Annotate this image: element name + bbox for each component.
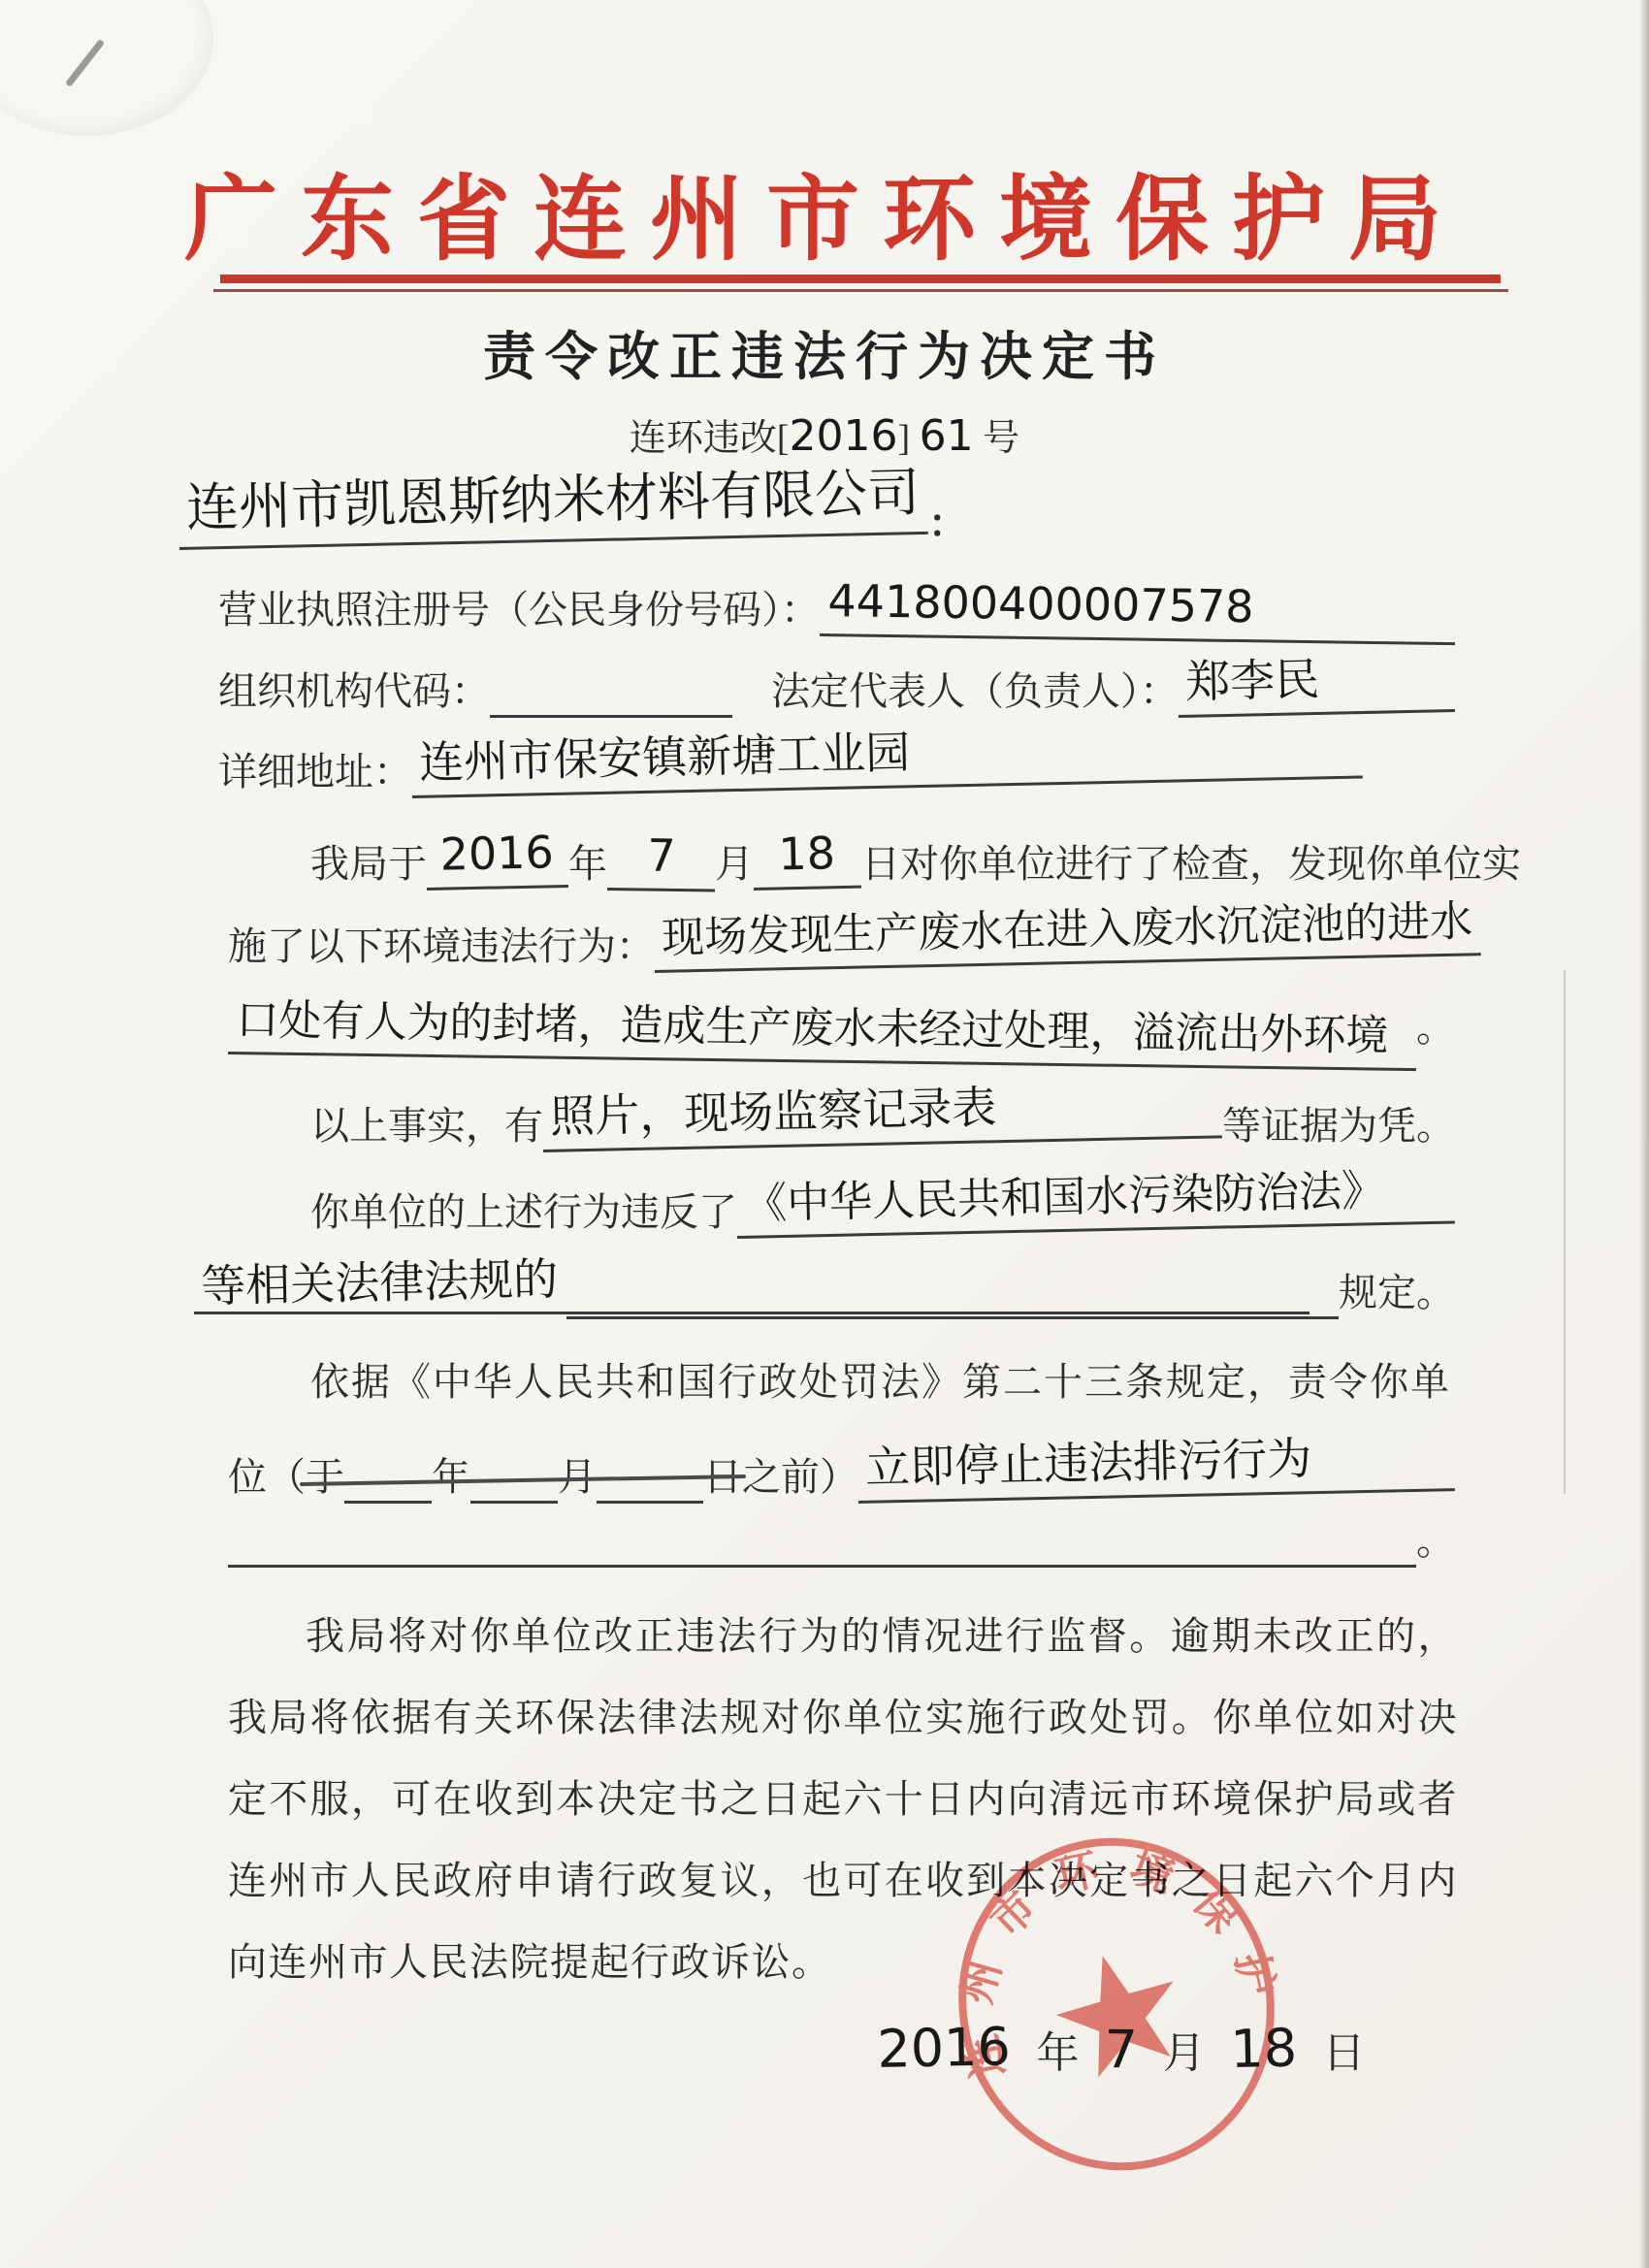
date-month-unit: 月: [1163, 2018, 1206, 2080]
evidence-seg2: 等证据为凭。: [1222, 1100, 1455, 1152]
doc-number-year-handwritten: 2016: [790, 411, 898, 461]
inspection-year-unit: 年: [568, 838, 607, 891]
letterhead-rule-thick: [220, 275, 1501, 283]
violation-line-1: 你单位的上述行为违反了 《中华人民共和国水污染防治法》: [310, 1176, 1455, 1239]
inspection-month-handwritten: 7: [607, 825, 716, 892]
inspection-line-2: 施了以下环境违法行为： 现场发现生产废水在进入废水沉淀池的进水: [228, 910, 1455, 973]
doc-number-serial-handwritten: 61: [920, 411, 974, 461]
agency-letterhead: 广东省连州市环境保护局: [0, 146, 1649, 278]
address-label: 详细地址：: [218, 746, 412, 798]
date-day-handwritten: 18: [1229, 2018, 1297, 2080]
violation-cont-handwritten: 等相关法律法规的: [193, 1248, 566, 1319]
violation-line-2: 等相关法律法规的 规定。: [194, 1256, 1455, 1319]
letterhead-rule-thin: [213, 289, 1508, 292]
document-number: 连环违改[2016] 61 号: [0, 407, 1649, 461]
doc-number-suffix: 号: [983, 418, 1019, 459]
struck-day-unit: 日: [703, 1451, 742, 1504]
inspection-seg2: 日对你单位进行了检查，发现你单位实: [861, 838, 1521, 891]
official-seal-stamp: 连州市环境保护局: [941, 1829, 1292, 2180]
violation-law-handwritten: 《中华人民共和国水污染防治法》: [736, 1161, 1455, 1240]
license-number-handwritten: 441800400007578: [820, 570, 1456, 645]
inspection-day-handwritten: 18: [753, 823, 861, 891]
date-month-handwritten: 7: [1104, 2019, 1138, 2080]
address-value-handwritten: 连州市保安镇新塘工业园: [411, 712, 1363, 798]
order-line-3: 。: [228, 1513, 1455, 1568]
struck-yu: 于: [306, 1451, 344, 1504]
document-title: 责令改正违法行为决定书: [0, 315, 1649, 390]
doc-number-prefix: 连环违改[: [630, 418, 790, 459]
legal-rep-label: 法定代表人（负责人）：: [771, 665, 1179, 718]
inspection-line-3: 口处有人为的封堵，造成生产废水未经过处理，溢流出外环境 。: [228, 991, 1455, 1054]
violation-line-2-underline: [194, 1312, 1309, 1314]
order-line-1: 依据《中华人民共和国行政处罚法》第二十三条规定，责令你单: [310, 1356, 1451, 1409]
inspection-month-unit: 月: [715, 838, 754, 891]
scan-corner-shadow: [0, 0, 213, 136]
finding-line2-handwritten: 口处有人为的封堵，造成生产废水未经过处理，溢流出外环境: [228, 991, 1417, 1071]
struck-year-unit: 年: [432, 1451, 470, 1504]
finding-period: 。: [1416, 1002, 1455, 1054]
struck-year-blank: [344, 1462, 432, 1504]
scanned-document-page: 广东省连州市环境保护局 责令改正违法行为决定书 连环违改[2016] 61 号 …: [0, 0, 1649, 2268]
order-action-handwritten: 立即停止违法排污行为: [857, 1425, 1455, 1504]
license-row: 营业执照注册号（公民身份号码）： 441800400007578: [218, 570, 1455, 636]
decision-date-row: 2016 年 7 月 18 日: [878, 2018, 1366, 2080]
date-year-unit: 年: [1036, 2018, 1079, 2080]
order-prefix: 位（: [228, 1451, 306, 1504]
violation-seg1: 你单位的上述行为违反了: [310, 1186, 737, 1239]
org-code-blank-field: [490, 676, 732, 718]
inspection-seg3: 施了以下环境违法行为：: [228, 921, 655, 973]
evidence-seg1: 以上事实，有: [310, 1100, 543, 1152]
license-label: 营业执照注册号（公民身份号码）：: [218, 584, 820, 636]
legal-rep-name-handwritten: 郑李民: [1178, 646, 1455, 718]
addressee-company-handwritten: 连州市凯恩斯纳米材料有限公司: [178, 458, 927, 550]
seal-graphic: 连州市环境保护局: [941, 1829, 1292, 2180]
struck-date-template: 于 年 月 日: [306, 1451, 742, 1504]
address-row: 详细地址： 连州市保安镇新塘工业园: [218, 732, 1363, 798]
struck-month-blank: [470, 1462, 558, 1504]
addressee-colon: ：: [928, 498, 967, 550]
inspection-year-handwritten: 2016: [426, 822, 568, 891]
order-line-2: 位（ 于 年 月 日 之前） 立即停止违法排污行为: [228, 1438, 1455, 1504]
order-empty-underline: [228, 1562, 1416, 1568]
doc-number-close-bracket: ]: [897, 418, 910, 459]
date-day-unit: 日: [1323, 2018, 1366, 2080]
org-code-label: 组织机构代码：: [218, 665, 490, 718]
finding-line1-handwritten: 现场发现生产废水在进入废水沉淀池的进水: [654, 892, 1481, 973]
evidence-value-handwritten: 照片，现场监察记录表: [542, 1072, 1222, 1152]
violation-seg2: 规定。: [1339, 1267, 1455, 1319]
inspection-seg1: 我局于: [310, 838, 427, 891]
inspection-line-1: 我局于 2016 年 7 月 18 日对你单位进行了检查，发现你单位实: [310, 825, 1521, 891]
struck-day-blank: [597, 1462, 703, 1504]
addressee-row: 连州市凯恩斯纳米材料有限公司 ：: [179, 473, 967, 550]
date-year-handwritten: 2016: [877, 2016, 1012, 2080]
struck-month-unit: 月: [558, 1451, 597, 1504]
evidence-row: 以上事实，有 照片，现场监察记录表 等证据为凭。: [310, 1086, 1455, 1152]
scan-edge-line: [1564, 970, 1566, 1494]
order-period: 。: [1416, 1515, 1455, 1568]
order-tail: 之前）: [742, 1451, 858, 1504]
orgcode-legalrep-row: 组织机构代码： 法定代表人（负责人）： 郑李民: [218, 652, 1455, 718]
